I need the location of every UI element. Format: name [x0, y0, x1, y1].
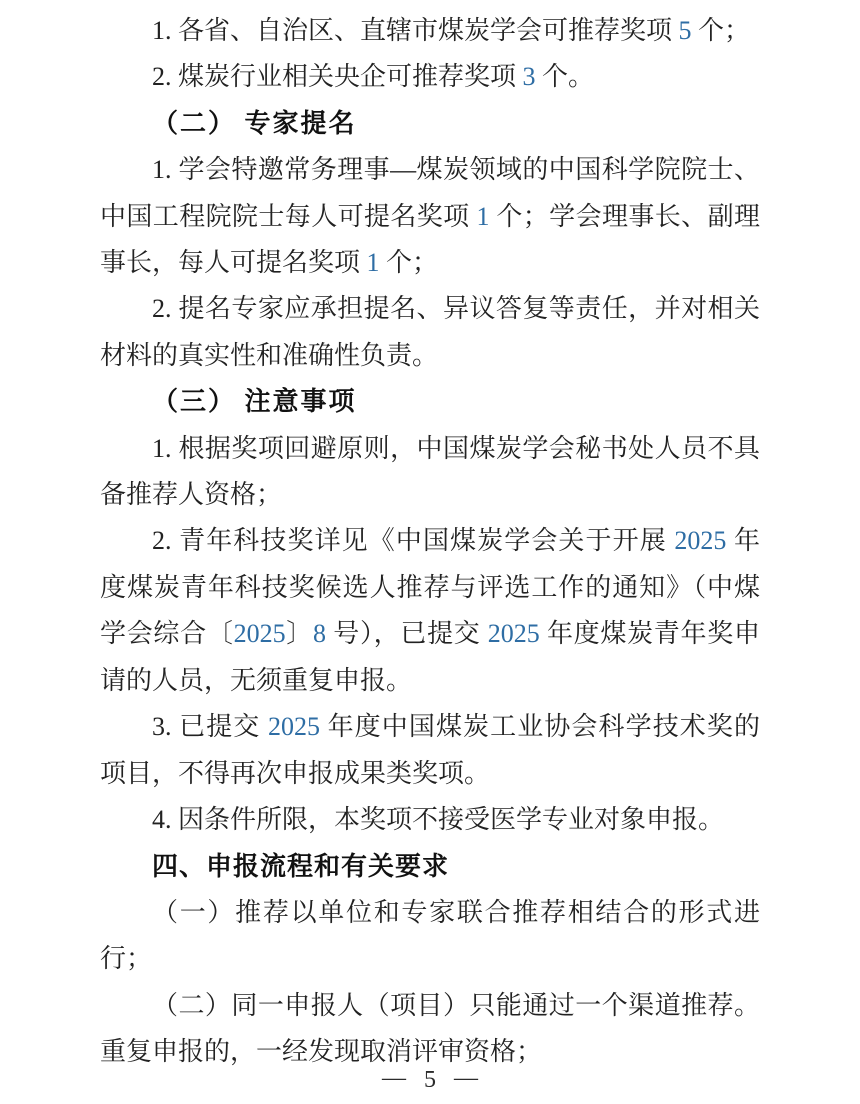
- section-heading: （三） 注意事项: [100, 379, 760, 425]
- numeral: 2025: [488, 619, 540, 648]
- page-number: 5: [424, 1067, 436, 1093]
- paragraph: 1. 学会特邀常务理事—煤炭领域的中国科学院院士、中国工程院院士每人可提名奖项 …: [100, 147, 760, 286]
- paragraph: 1. 根据奖项回避原则，中国煤炭学会秘书处人员不具备推荐人资格；: [100, 426, 760, 519]
- numeral: 2025: [234, 619, 286, 648]
- footer-dash-left: —: [382, 1065, 406, 1091]
- page-footer: —5—: [0, 1067, 860, 1094]
- numeral: 1: [476, 202, 489, 231]
- numeral: 2025: [674, 526, 726, 555]
- numeral: 5: [679, 16, 692, 45]
- numeral: 1: [367, 248, 380, 277]
- section-heading: （二） 专家提名: [100, 101, 760, 147]
- document-page: 1. 各省、自治区、直辖市煤炭学会可推荐奖项 5 个；2. 煤炭行业相关央企可推…: [0, 0, 860, 1104]
- paragraph: 4. 因条件所限，本奖项不接受医学专业对象申报。: [100, 797, 760, 843]
- numeral: 2025: [268, 712, 320, 741]
- paragraph: 3. 已提交 2025 年度中国煤炭工业协会科学技术奖的项目，不得再次申报成果类…: [100, 704, 760, 797]
- numeral: 8: [313, 619, 326, 648]
- paragraph: 2. 提名专家应承担提名、异议答复等责任，并对相关材料的真实性和准确性负责。: [100, 286, 760, 379]
- paragraph: 1. 各省、自治区、直辖市煤炭学会可推荐奖项 5 个；: [100, 8, 760, 54]
- paragraph: （二）同一申报人（项目）只能通过一个渠道推荐。重复申报的，一经发现取消评审资格；: [100, 983, 760, 1076]
- section-heading: 四、申报流程和有关要求: [100, 843, 760, 889]
- numeral: 3: [523, 62, 536, 91]
- document-body: 1. 各省、自治区、直辖市煤炭学会可推荐奖项 5 个；2. 煤炭行业相关央企可推…: [0, 0, 860, 1075]
- paragraph: （一）推荐以单位和专家联合推荐相结合的形式进行；: [100, 890, 760, 983]
- paragraph: 2. 青年科技奖详见《中国煤炭学会关于开展 2025 年度煤炭青年科技奖候选人推…: [100, 518, 760, 704]
- paragraph: 2. 煤炭行业相关央企可推荐奖项 3 个。: [100, 54, 760, 100]
- footer-dash-right: —: [454, 1065, 478, 1091]
